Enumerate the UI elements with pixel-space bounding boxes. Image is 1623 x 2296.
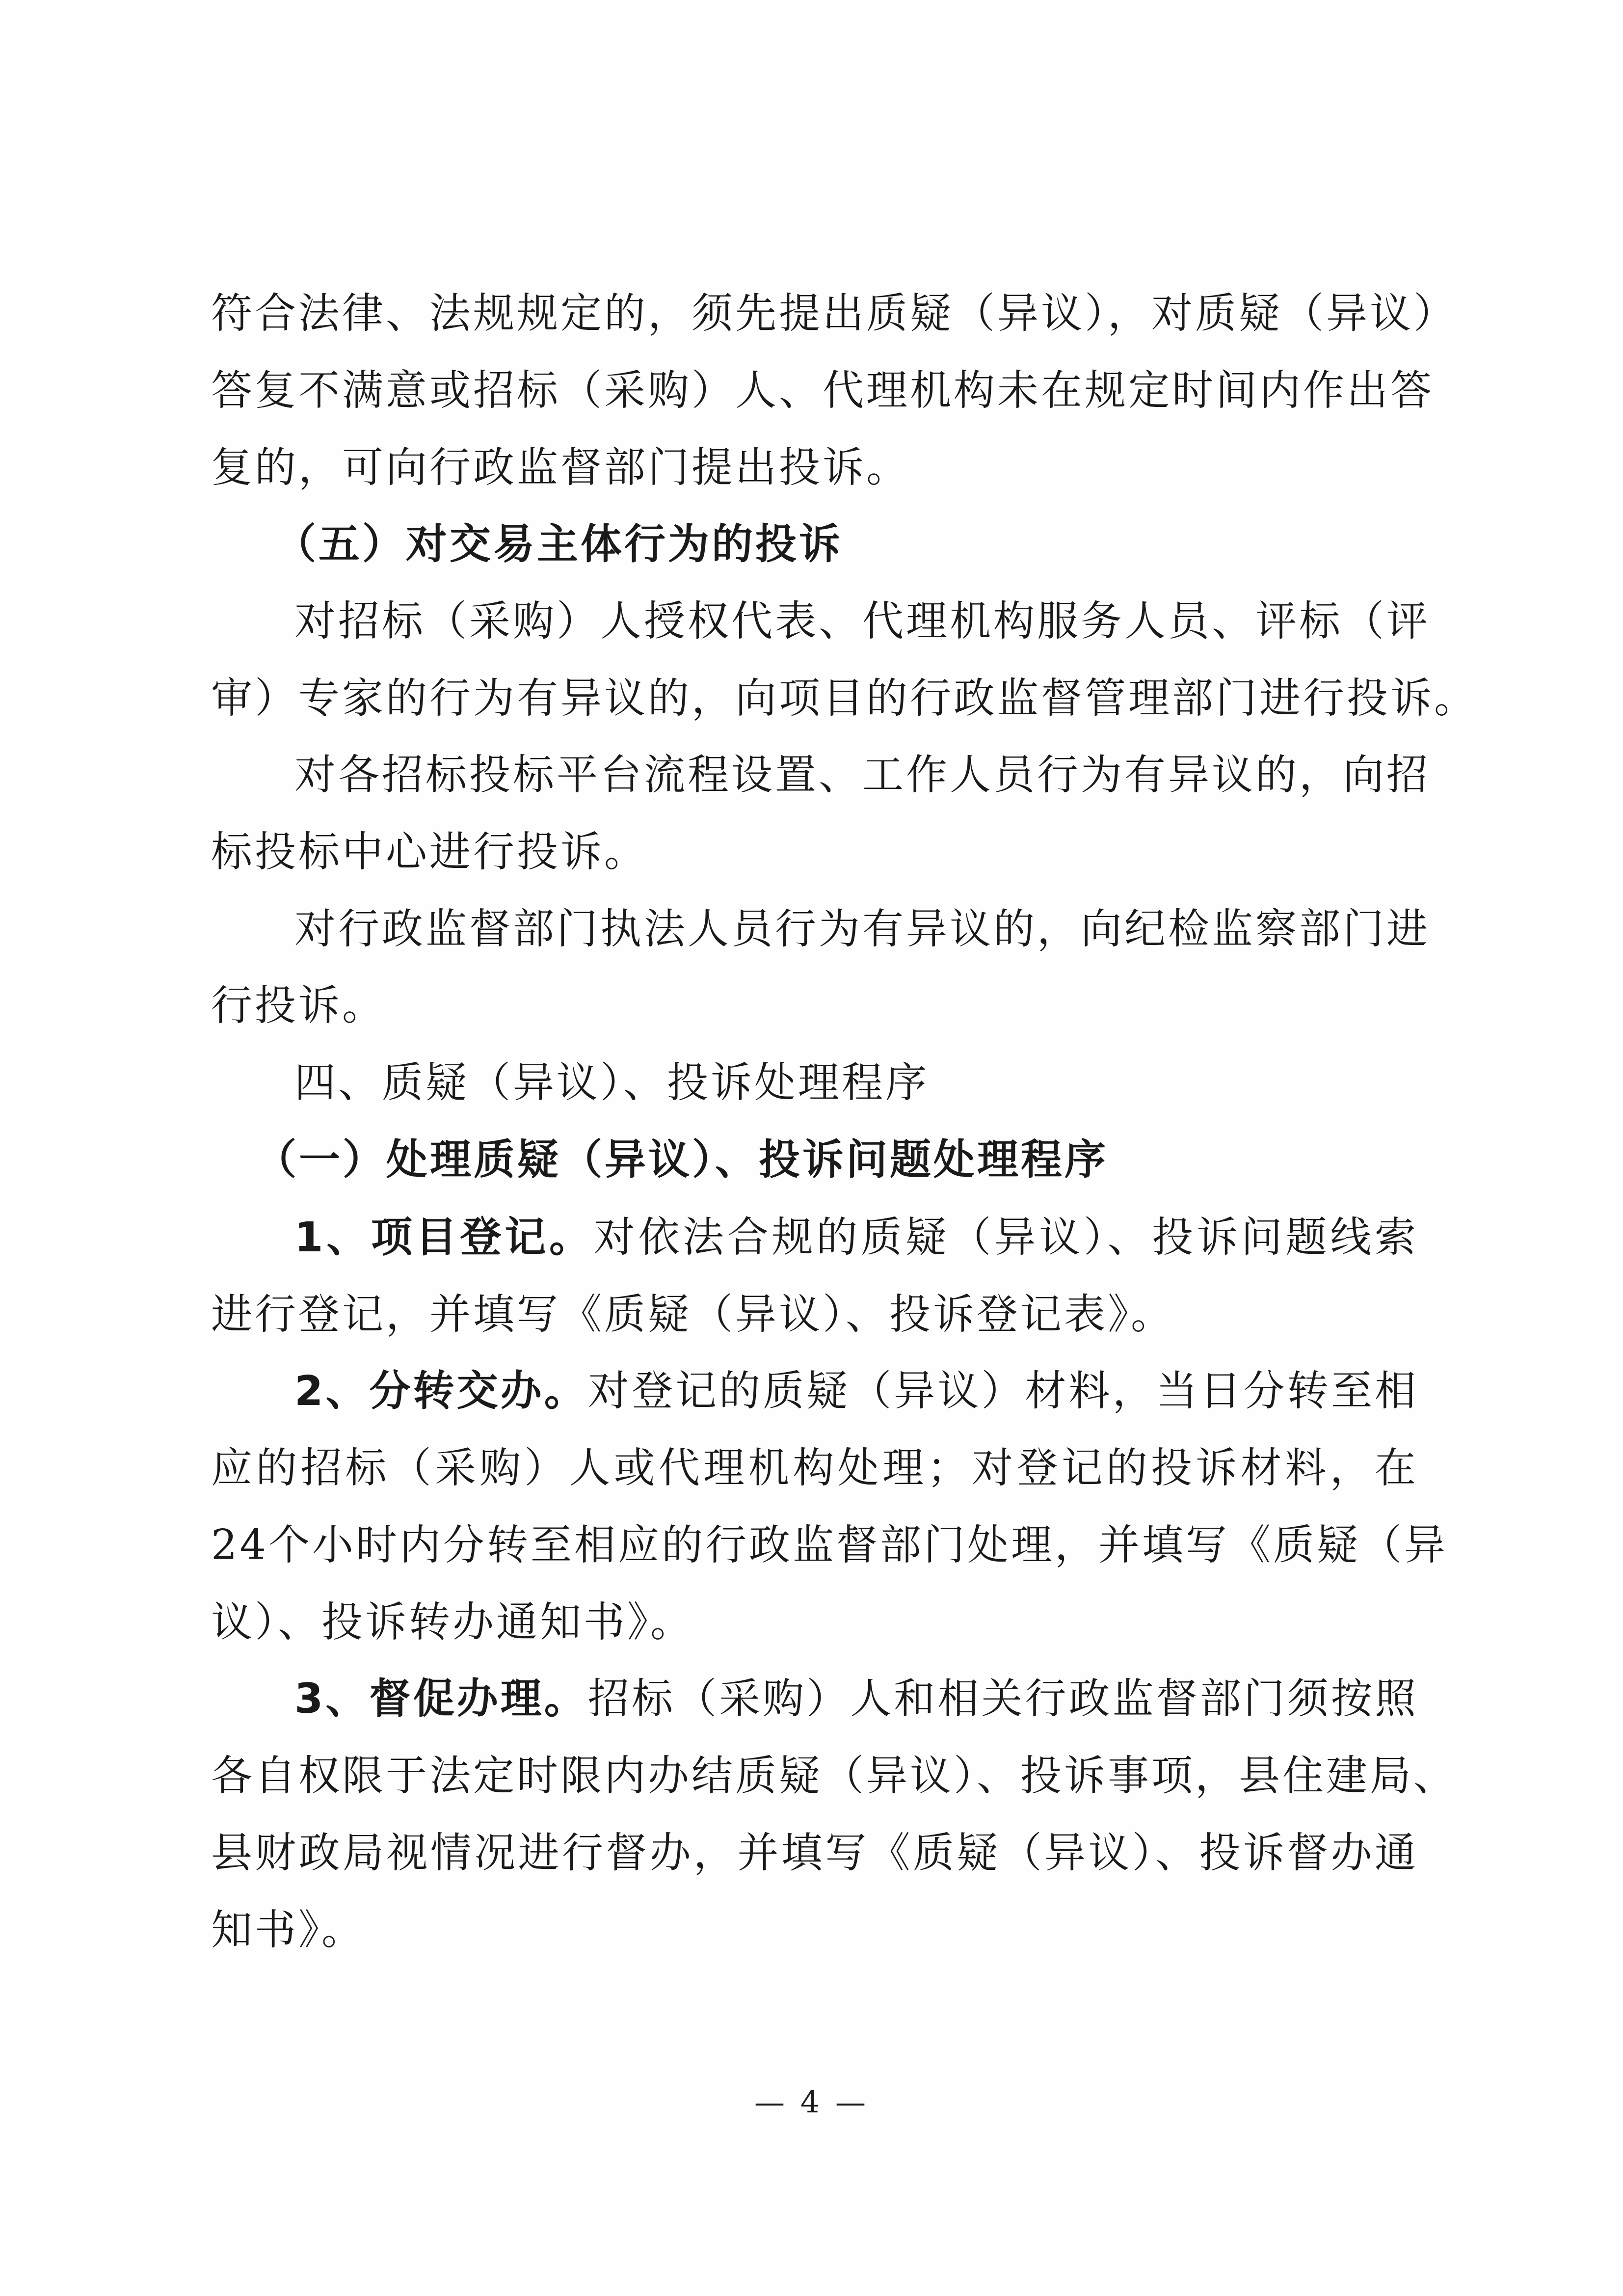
paragraph-line-item-1: 1、项目登记。对依法合规的质疑（异议）、投诉问题线索: [294, 1208, 1418, 1267]
paragraph-line: 对各招标投标平台流程设置、工作人员行为有异议的，向招: [294, 745, 1418, 804]
paragraph-line: 答复不满意或招标（采购）人、代理机构未在规定时间内作出答: [211, 361, 1418, 420]
section-heading-5: （五）对交易主体行为的投诉: [275, 514, 962, 573]
item-lead-title: 1、项目登记。: [294, 1213, 594, 1261]
item-text: 对依法合规的质疑（异议）、投诉问题线索: [594, 1213, 1418, 1261]
paragraph-line: 标投标中心进行投诉。: [211, 822, 1418, 881]
paragraph-line: 知书》。: [211, 1900, 1418, 1959]
item-text: 对登记的质疑（异议）材料，当日分转至相: [588, 1367, 1418, 1415]
paragraph-line: 对招标（采购）人授权代表、代理机构服务人员、评标（评: [294, 592, 1418, 650]
paragraph-line: 符合法律、法规规定的，须先提出质疑（异议），对质疑（异议）: [211, 284, 1418, 343]
paragraph-line: 各自权限于法定时限内办结质疑（异议）、投诉事项，县住建局、: [211, 1746, 1418, 1805]
item-text: 招标（采购）人和相关行政监督部门须按照: [588, 1675, 1418, 1723]
section-heading-1: （一）处理质疑（异议）、投诉问题处理程序: [255, 1130, 1188, 1189]
paragraph-line-item-3: 3、督促办理。招标（采购）人和相关行政监督部门须按照: [294, 1669, 1418, 1728]
paragraph-line: 进行登记，并填写《质疑（异议）、投诉登记表》。: [211, 1285, 1418, 1344]
document-page: 符合法律、法规规定的，须先提出质疑（异议），对质疑（异议） 答复不满意或招标（采…: [0, 0, 1623, 2296]
paragraph-line: 行投诉。: [211, 976, 1418, 1035]
paragraph-line: 县财政局视情况进行督办，并填写《质疑（异议）、投诉督办通: [211, 1823, 1418, 1882]
chapter-heading-4: 四、质疑（异议）、投诉处理程序: [294, 1053, 982, 1112]
paragraph-line: 24个小时内分转至相应的行政监督部门处理，并填写《质疑（异: [211, 1515, 1418, 1574]
paragraph-line: 对行政监督部门执法人员行为有异议的，向纪检监察部门进: [294, 899, 1418, 958]
item-lead-title: 3、督促办理。: [294, 1675, 588, 1723]
paragraph-line: 复的，可向行政监督部门提出投诉。: [211, 438, 1418, 497]
paragraph-line-item-2: 2、分转交办。对登记的质疑（异议）材料，当日分转至相: [294, 1361, 1418, 1420]
item-lead-title: 2、分转交办。: [294, 1367, 588, 1415]
paragraph-line: 议）、投诉转办通知书》。: [211, 1593, 1418, 1651]
page-number: — 4 —: [0, 2084, 1623, 2120]
paragraph-line: 审）专家的行为有异议的，向项目的行政监督管理部门进行投诉。: [211, 669, 1418, 728]
paragraph-line: 应的招标（采购）人或代理机构处理；对登记的投诉材料，在: [211, 1438, 1418, 1497]
